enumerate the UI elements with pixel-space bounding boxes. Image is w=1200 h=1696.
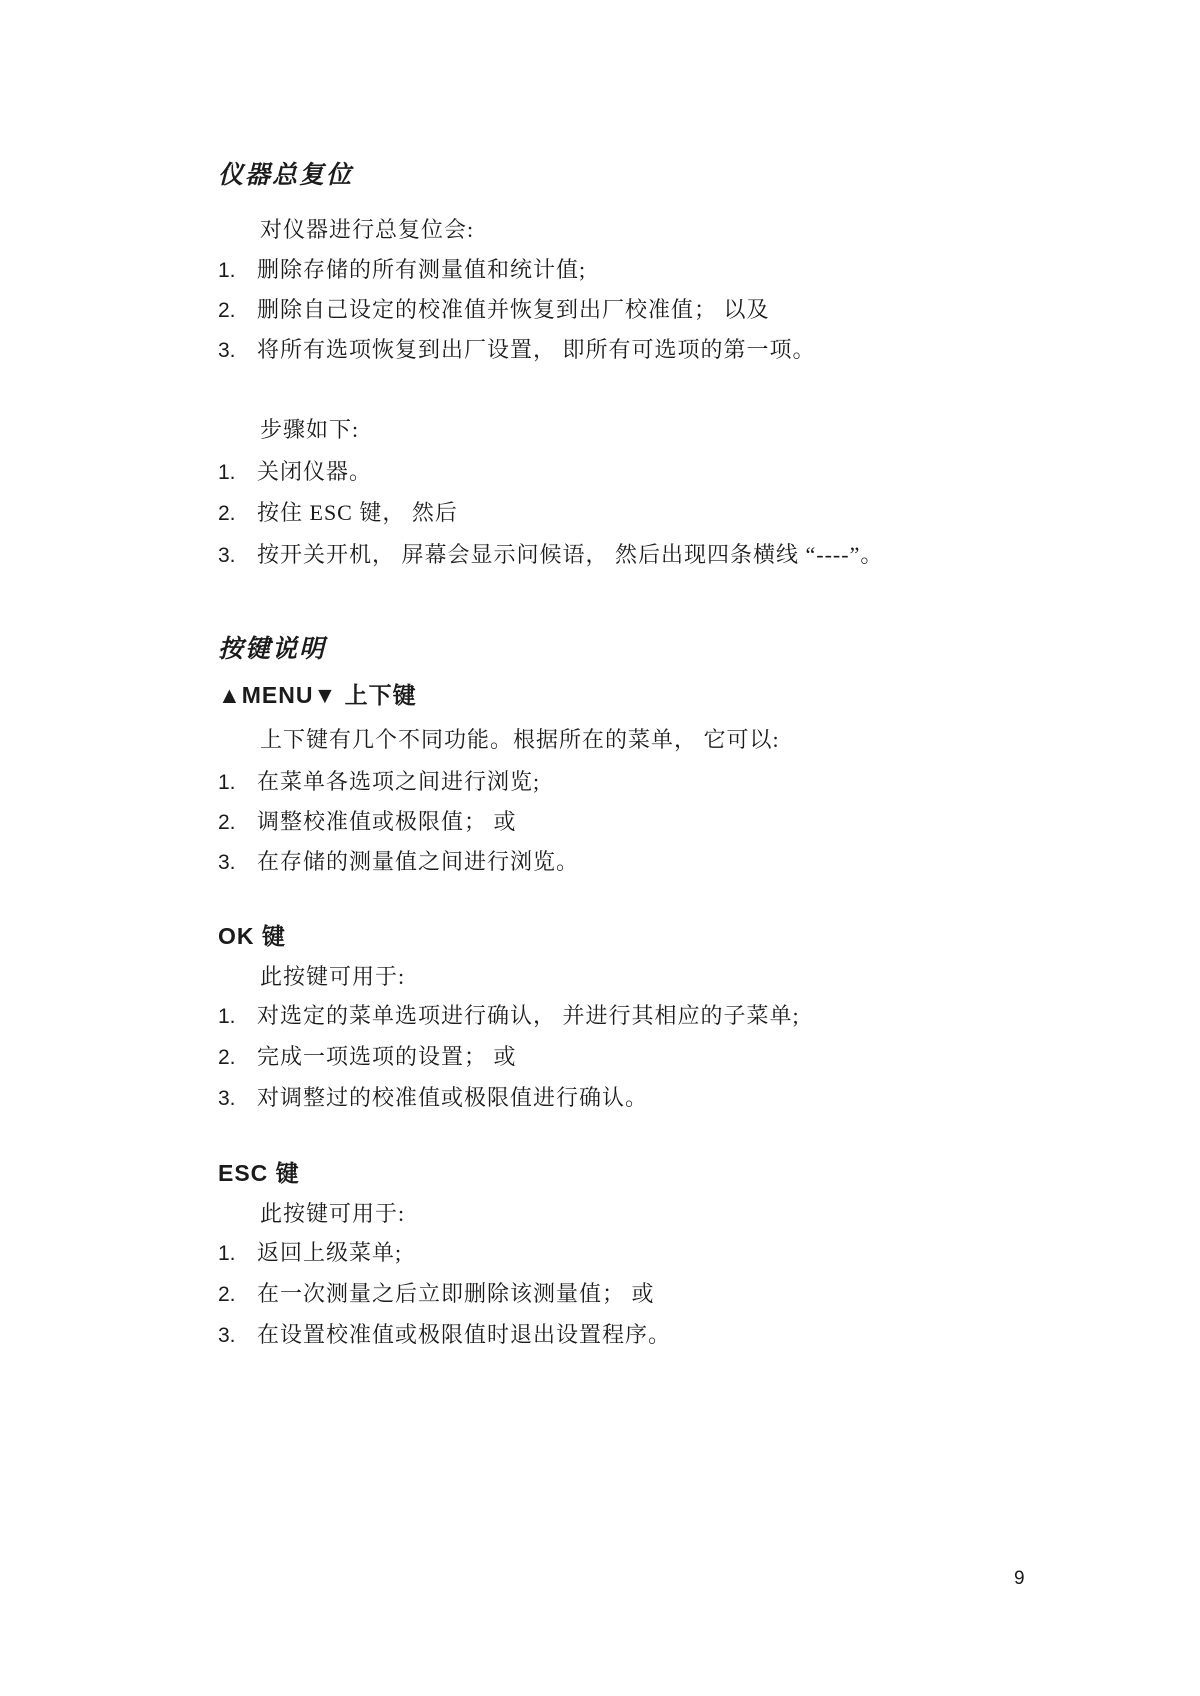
menu-key-intro-paragraph: 上下键有几个不同功能。根据所在的菜单， 它可以: <box>260 723 780 754</box>
list-item-number: 2. <box>218 502 257 526</box>
list-item-number: 3. <box>218 1087 257 1111</box>
list-item-text: 对调整过的校准值或极限值进行确认。 <box>257 1081 648 1112</box>
list-item-number: 3. <box>218 339 257 363</box>
list-item: 1. 返回上级菜单; <box>218 1236 402 1267</box>
list-item-number: 1. <box>218 259 257 283</box>
subheading-ok-key: OK 键 <box>218 918 286 951</box>
list-item-text: 在一次测量之后立即删除该测量值； 或 <box>257 1277 655 1308</box>
esc-key-intro-paragraph: 此按键可用于: <box>260 1197 405 1228</box>
ok-key-intro-paragraph: 此按键可用于: <box>260 960 405 991</box>
list-item-number: 1. <box>218 771 257 795</box>
list-item: 1. 关闭仪器。 <box>218 455 372 486</box>
list-item: 3. 在设置校准值或极限值时退出设置程序。 <box>218 1318 671 1349</box>
list-item: 2. 调整校准值或极限值； 或 <box>218 805 517 836</box>
list-item-text: 删除自己设定的校准值并恢复到出厂校准值； 以及 <box>257 293 770 324</box>
list-item-text: 在设置校准值或极限值时退出设置程序。 <box>257 1318 671 1349</box>
list-item-number: 2. <box>218 299 257 323</box>
list-item-number: 1. <box>218 1242 257 1266</box>
list-item-text: 调整校准值或极限值； 或 <box>257 805 517 836</box>
list-item-text: 在存储的测量值之间进行浏览。 <box>257 845 579 876</box>
list-item-number: 2. <box>218 1046 257 1070</box>
list-item-text: 将所有选项恢复到出厂设置， 即所有可选项的第一项。 <box>257 333 816 364</box>
page-number: 9 <box>1014 1568 1025 1590</box>
list-item-text: 按住 ESC 键， 然后 <box>257 496 458 527</box>
subheading-esc-key: ESC 键 <box>218 1155 300 1188</box>
subheading-menu-key: ▲MENU▼ 上下键 <box>218 677 417 710</box>
list-item: 2. 按住 ESC 键， 然后 <box>218 496 458 527</box>
list-item-number: 3. <box>218 544 257 568</box>
list-item-number: 3. <box>218 1324 257 1348</box>
list-item-text: 关闭仪器。 <box>257 455 372 486</box>
steps-intro-paragraph: 步骤如下: <box>260 413 359 444</box>
list-item-text: 完成一项选项的设置； 或 <box>257 1040 517 1071</box>
list-item-number: 2. <box>218 811 257 835</box>
manual-page: 仪器总复位 对仪器进行总复位会: 1. 删除存储的所有测量值和统计值; 2. 删… <box>0 0 1200 1696</box>
list-item-number: 2. <box>218 1283 257 1307</box>
section-heading-instrument-reset: 仪器总复位 <box>218 155 353 191</box>
list-item: 1. 删除存储的所有测量值和统计值; <box>218 253 586 284</box>
list-item-number: 1. <box>218 1005 257 1029</box>
list-item-text: 删除存储的所有测量值和统计值; <box>257 253 586 284</box>
section-heading-key-description: 按键说明 <box>218 629 326 665</box>
list-item-number: 1. <box>218 461 257 485</box>
list-item-text: 对选定的菜单选项进行确认， 并进行其相应的子菜单; <box>257 999 800 1030</box>
list-item: 2. 删除自己设定的校准值并恢复到出厂校准值； 以及 <box>218 293 770 324</box>
list-item: 1. 在菜单各选项之间进行浏览; <box>218 765 540 796</box>
list-item-text: 按开关开机， 屏幕会显示问候语， 然后出现四条横线 “----”。 <box>257 538 883 569</box>
list-item: 3. 在存储的测量值之间进行浏览。 <box>218 845 579 876</box>
list-item: 3. 将所有选项恢复到出厂设置， 即所有可选项的第一项。 <box>218 333 816 364</box>
list-item-number: 3. <box>218 851 257 875</box>
list-item: 1. 对选定的菜单选项进行确认， 并进行其相应的子菜单; <box>218 999 800 1030</box>
reset-intro-paragraph: 对仪器进行总复位会: <box>260 213 474 244</box>
list-item-text: 在菜单各选项之间进行浏览; <box>257 765 540 796</box>
list-item: 2. 完成一项选项的设置； 或 <box>218 1040 517 1071</box>
list-item-text: 返回上级菜单; <box>257 1236 402 1267</box>
list-item: 3. 对调整过的校准值或极限值进行确认。 <box>218 1081 648 1112</box>
list-item: 2. 在一次测量之后立即删除该测量值； 或 <box>218 1277 655 1308</box>
list-item: 3. 按开关开机， 屏幕会显示问候语， 然后出现四条横线 “----”。 <box>218 538 883 569</box>
